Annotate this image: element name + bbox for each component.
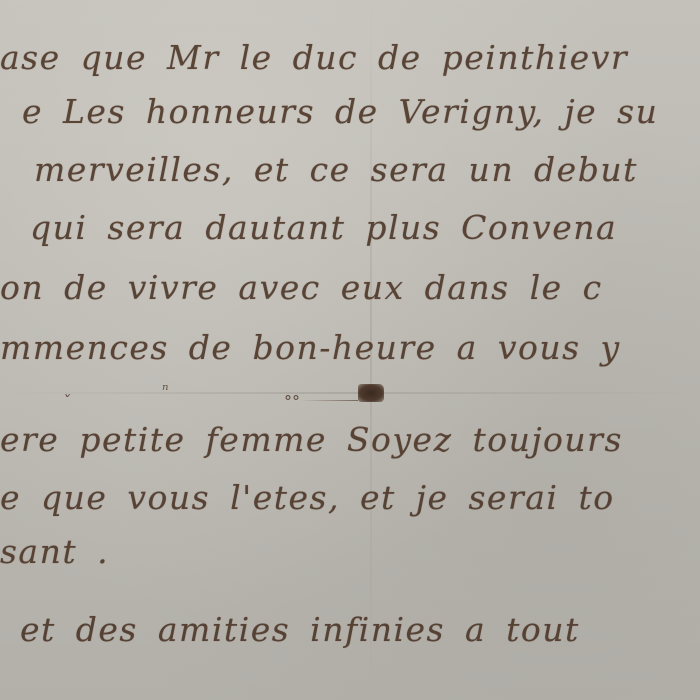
- handwritten-line-1: ase que Mr le duc de peinthievr: [0, 38, 628, 77]
- handwritten-line-7: ere petite femme Soyez toujours: [0, 420, 623, 459]
- paper-fold-horizontal: [0, 392, 700, 394]
- handwritten-line-10: et des amities infinies a tout: [20, 610, 580, 649]
- handwritten-line-8: e que vous l'etes, et je serai to: [0, 478, 615, 517]
- ink-trail: [300, 400, 358, 401]
- handwritten-line-6: mmences de bon-heure a vous y: [0, 328, 621, 367]
- handwritten-line-2: e Les honneurs de Verigny, je su: [22, 92, 658, 131]
- accent-mark: ˇ: [62, 392, 70, 411]
- letter-page: ase que Mr le duc de peinthievr e Les ho…: [0, 0, 700, 700]
- accent-mark: ⁿ: [162, 380, 168, 399]
- handwritten-line-5: on de vivre avec eux dans le c: [0, 268, 603, 307]
- accent-mark: °°: [284, 392, 300, 411]
- ink-blot: [358, 384, 384, 402]
- handwritten-line-4: qui sera dautant plus Convena: [30, 208, 617, 247]
- handwritten-line-3: merveilles, et ce sera un debut: [34, 150, 638, 189]
- handwritten-line-9: sant .: [0, 532, 109, 571]
